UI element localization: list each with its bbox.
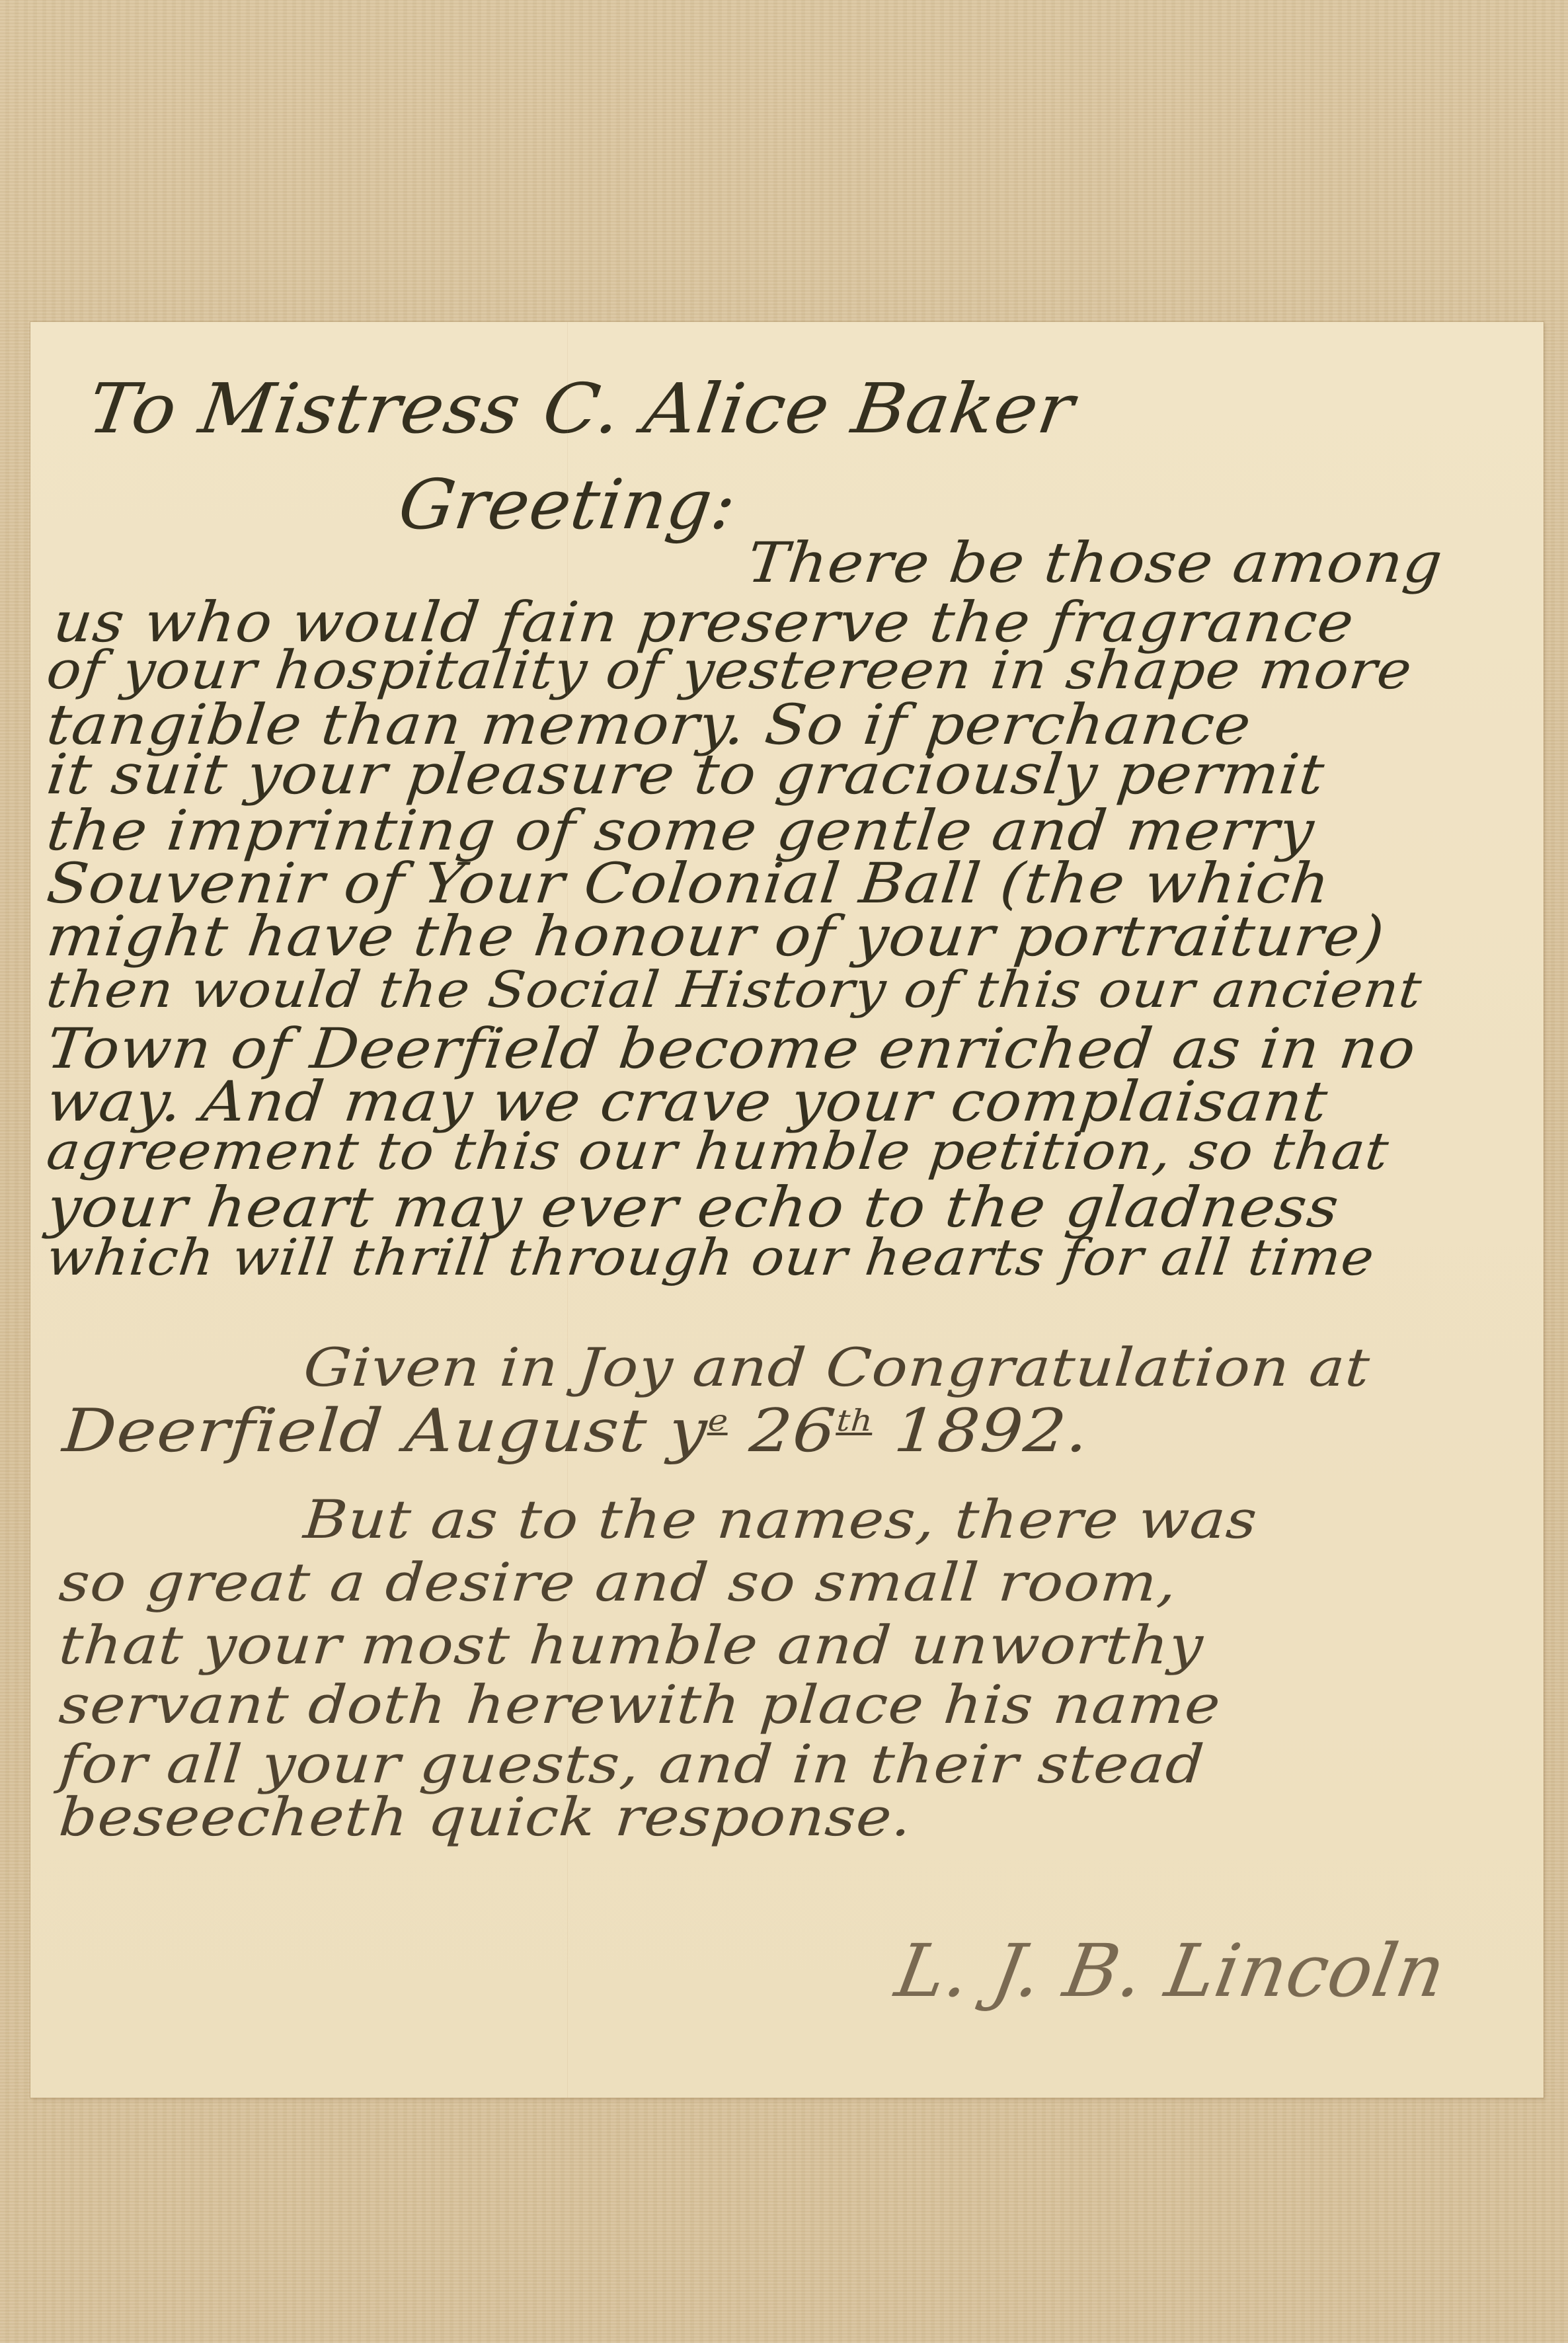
body-line: There be those among xyxy=(744,530,1446,595)
postscript-line: beseecheth quick response. xyxy=(57,1786,914,1848)
letter-paper: To Mistress C. Alice Baker Greeting: The… xyxy=(30,322,1544,2098)
postscript-line: so great a desire and so small room, xyxy=(57,1552,1179,1613)
body-line: then would the Social History of this ou… xyxy=(44,960,1425,1019)
dateline-line-2: Deerfield August ye 26th 1892. xyxy=(60,1396,1091,1466)
body-line: might have the honour of your portraitur… xyxy=(44,904,1388,969)
salutation: To Mistress C. Alice Baker xyxy=(83,368,1079,449)
dateline-line-1: Given in Joy and Congratulation at xyxy=(301,1337,1372,1398)
body-line: which will thrill through our hearts for… xyxy=(44,1228,1378,1287)
postscript-line: servant doth herewith place his name xyxy=(57,1674,1223,1735)
postscript-line: that your most humble and unworthy xyxy=(57,1614,1206,1676)
dateline-th-sup: th xyxy=(836,1403,875,1438)
dateline-year: 1892. xyxy=(869,1396,1091,1466)
greeting: Greeting: xyxy=(394,464,742,545)
dateline-ye-sup: e xyxy=(707,1403,730,1438)
dateline-place-month: Deerfield August y xyxy=(60,1396,710,1466)
postscript-line: But as to the names, there was xyxy=(301,1489,1260,1550)
body-line: agreement to this our humble petition, s… xyxy=(44,1122,1392,1181)
body-line: it suit your pleasure to graciously perm… xyxy=(44,742,1328,807)
dateline-day: 26 xyxy=(725,1396,839,1466)
signature: L. J. B. Lincoln xyxy=(890,1928,1452,2013)
